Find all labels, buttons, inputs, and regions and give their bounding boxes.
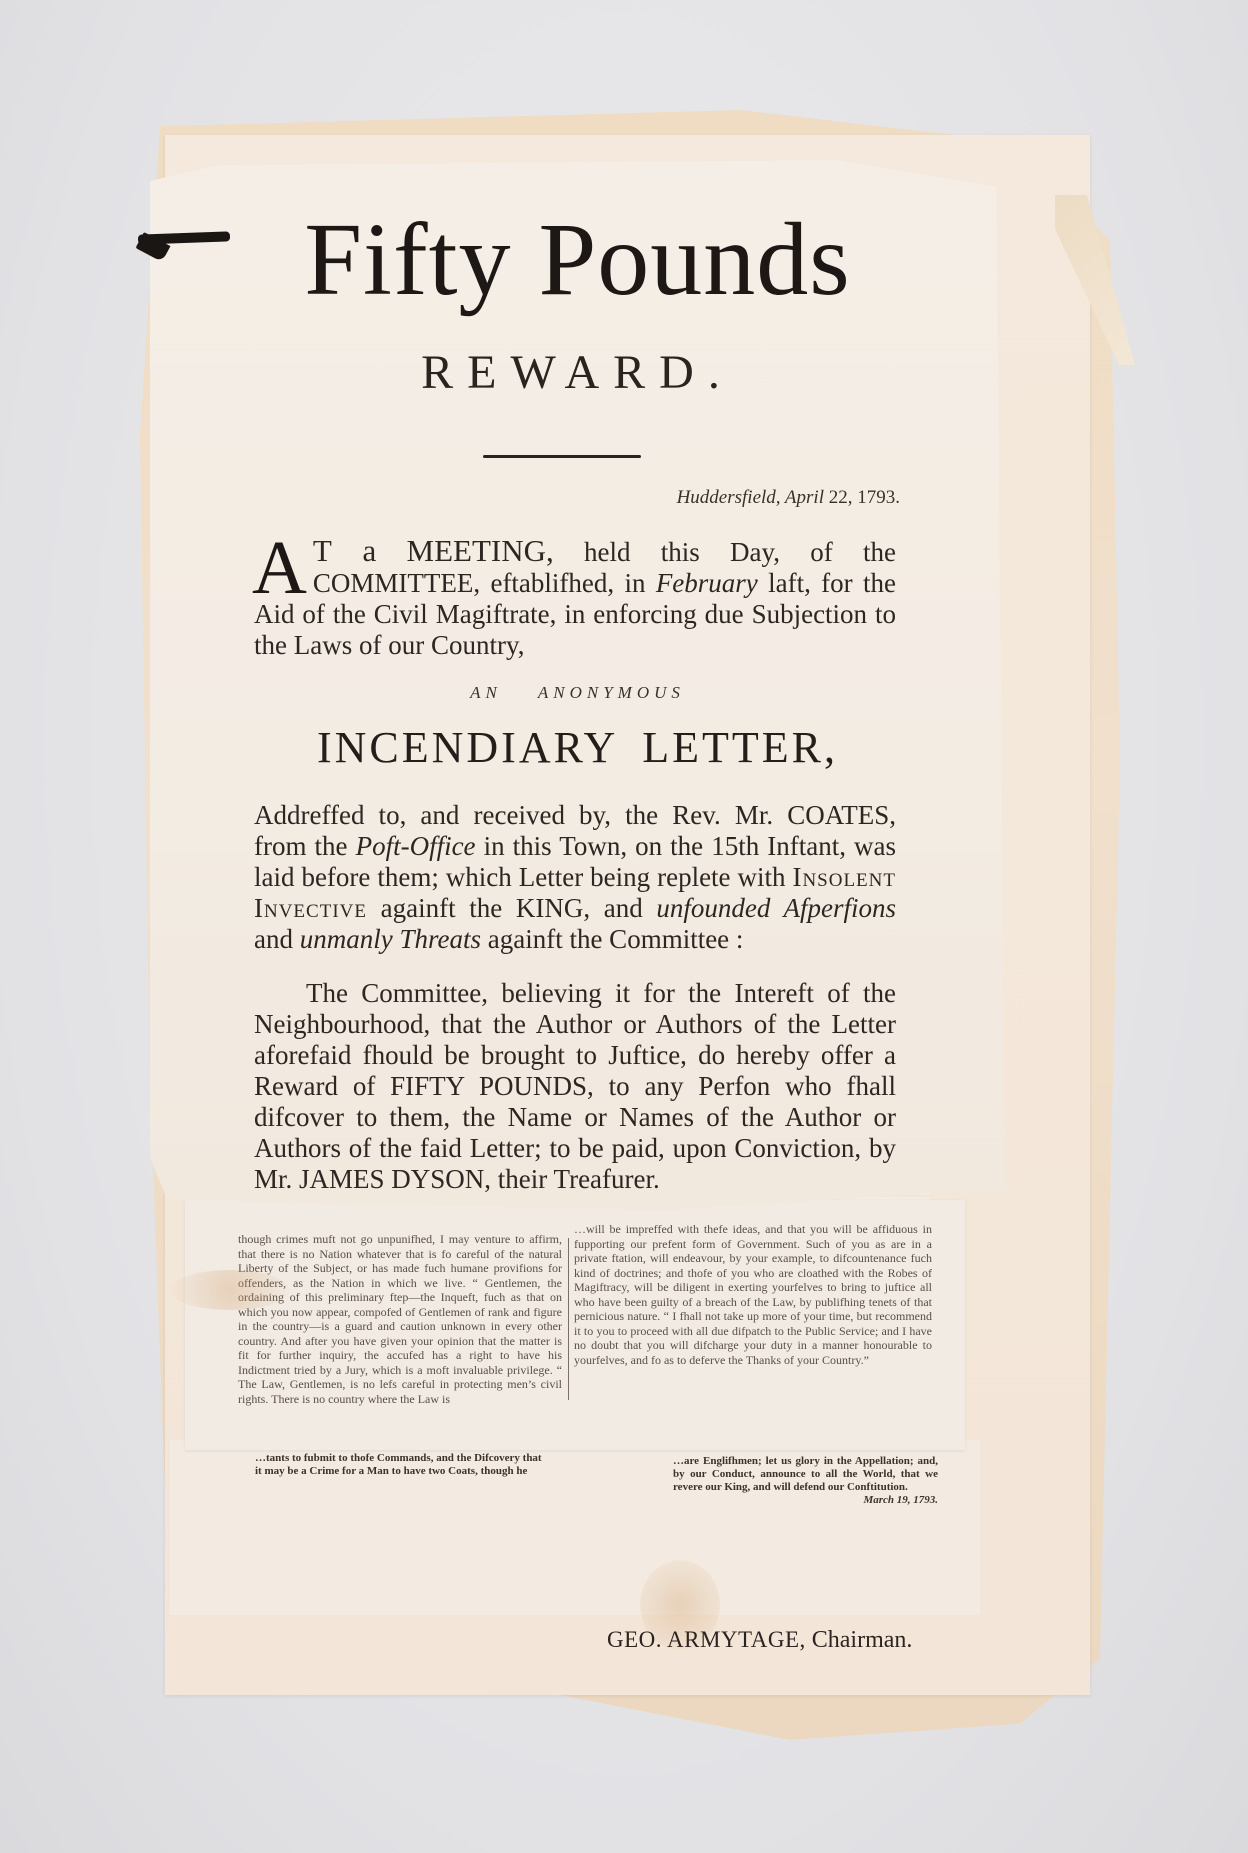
post-office-word: Poft-Office [356,831,476,861]
p2-text-3: againft the KING, and [367,893,656,923]
meeting-word: MEETING, [407,533,554,568]
decorative-rule [483,455,641,458]
column-divider [568,1238,569,1400]
newspaper-left-column: though crimes muft not go unpunifhed, I … [238,1232,562,1406]
signatory-role: Chairman. [812,1627,913,1653]
anon-word-2: ANONYMOUS [538,683,685,702]
heading-word-2: LETTER, [642,723,838,772]
p2-text-5: againft the Committee : [481,924,743,954]
dateline-year: 1793. [857,487,900,508]
newspaper-date: March 19, 1793. [863,1494,938,1507]
signatory-name: GEO. ARMYTAGE, [607,1627,806,1652]
unfounded-aspersions: unfounded Afperfions [656,893,896,923]
letter-description-paragraph: Addreffed to, and received by, the Rev. … [254,800,896,955]
anonymous-label: ANANONYMOUS [150,683,1005,703]
reward-offer-paragraph: The Committee, believing it for the Inte… [254,978,896,1195]
incendiary-letter-heading: INCENDIARYLETTER, [150,722,1005,773]
p2-text-4: and [254,924,300,954]
broadside-subtitle: REWARD. [150,345,1005,400]
dateline-place: Huddersfield, April [677,487,824,508]
dateline-day: 22, [829,487,853,508]
water-stain [170,1270,290,1310]
newspaper-bottom-left: …tants to fubmit to thofe Commands, and … [255,1452,545,1478]
signature-line: GEO. ARMYTAGE,Chairman. [607,1627,912,1654]
heading-word-1: INCENDIARY [317,723,618,772]
newspaper-bottom-right: …are Englifhmen; let us glory in the App… [673,1455,938,1507]
drop-cap: A [252,539,307,597]
newspaper-right-column: …will be impreffed with thefe ideas, and… [574,1222,932,1367]
anon-word-1: AN [470,683,502,702]
broadside-title: Fifty Pounds [150,200,1005,320]
meeting-paragraph: AT a MEETING, held this Day, of the COMM… [254,535,896,661]
dateline: Huddersfield, April 22, 1793. [560,487,900,509]
february-word: February [656,568,758,598]
unmanly-threats: unmanly Threats [300,924,481,954]
lead-words: T a [313,533,376,568]
newspaper-bottom-right-text: …are Englifhmen; let us glory in the App… [673,1455,938,1493]
